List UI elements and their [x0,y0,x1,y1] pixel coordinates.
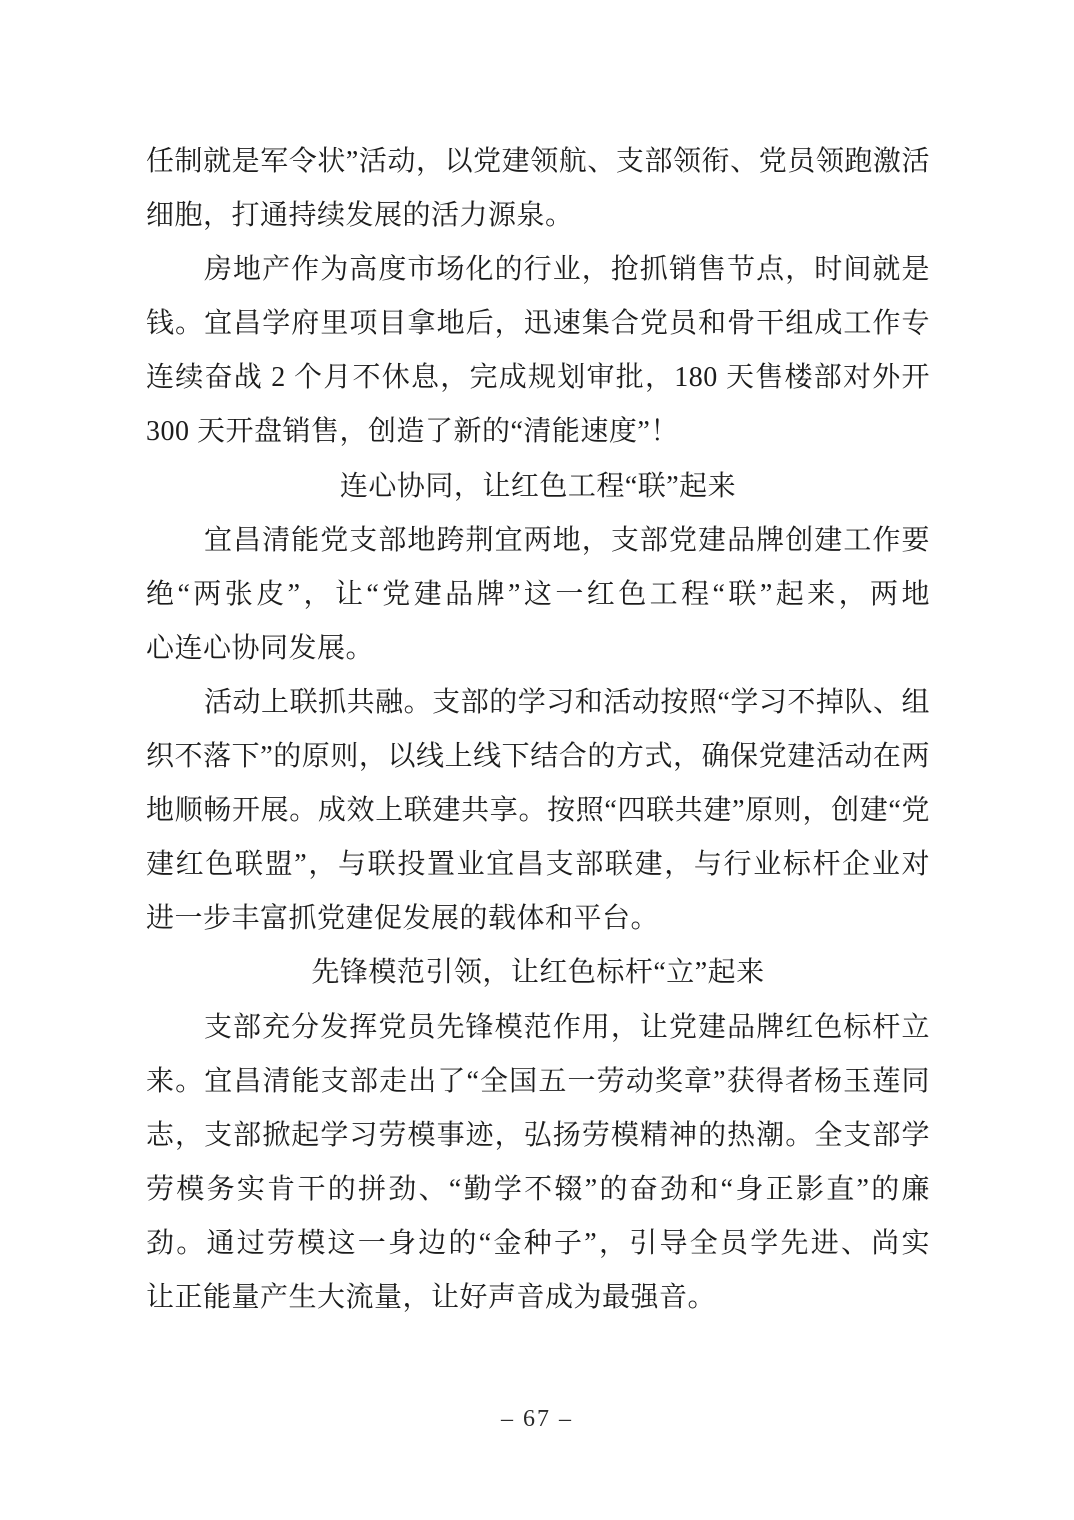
section-heading: 连心协同，让红色工程“联”起来 [146,460,930,514]
text-line: 心连心协同发展。 [146,622,930,676]
text-line: 地顺畅开展。成效上联建共享。按照“四联共建”原则，创建“党 [146,784,930,838]
text-line: 任制就是军令状”活动，以党建领航、支部领衔、党员领跑激活 [146,135,930,189]
text-line: 房地产作为高度市场化的行业，抢抓销售节点，时间就是金 [146,243,930,297]
text-line: 来。宜昌清能支部走出了“全国五一劳动奖章”获得者杨玉莲同 [146,1055,930,1109]
document-page: 任制就是军令状”活动，以党建领航、支部领衔、党员领跑激活细胞，打通持续发展的活力… [0,0,1074,1520]
text-line: 志，支部掀起学习劳模事迹，弘扬劳模精神的热潮。全支部学习 [146,1109,930,1163]
text-line: 劳模务实肯干的拼劲、“勤学不辍”的奋劲和“身正影直”的廉 [146,1163,930,1217]
page-number: – 67 – [0,1406,1074,1433]
text-line: 宜昌清能党支部地跨荆宜两地，支部党建品牌创建工作要杜 [146,514,930,568]
text-line: 300 天开盘销售，创造了新的“清能速度”！ [146,405,930,459]
text-line: 绝“两张皮”，让“党建品牌”这一红色工程“联”起来，两地 [146,568,930,622]
section-heading: 先锋模范引领，让红色标杆“立”起来 [146,946,930,1000]
text-line: 让正能量产生大流量，让好声音成为最强音。 [146,1271,930,1325]
text-line: 建红色联盟”，与联投置业宜昌支部联建，与行业标杆企业对标， [146,838,930,892]
text-line: 钱。宜昌学府里项目拿地后，迅速集合党员和骨干组成工作专班， [146,297,930,351]
text-line: 支部充分发挥党员先锋模范作用，让党建品牌红色标杆立起 [146,1001,930,1055]
document-body: 任制就是军令状”活动，以党建领航、支部领衔、党员领跑激活细胞，打通持续发展的活力… [146,135,930,1325]
text-line: 活动上联抓共融。支部的学习和活动按照“学习不掉队、组 [146,676,930,730]
text-line: 连续奋战 2 个月不休息，完成规划审批，180 天售楼部对外开放， [146,351,930,405]
text-line: 劲。通过劳模这一身边的“金种子”，引导全员学先进、尚实干， [146,1217,930,1271]
text-line: 细胞，打通持续发展的活力源泉。 [146,189,930,243]
text-line: 进一步丰富抓党建促发展的载体和平台。 [146,892,930,946]
text-line: 织不落下”的原则，以线上线下结合的方式，确保党建活动在两 [146,730,930,784]
